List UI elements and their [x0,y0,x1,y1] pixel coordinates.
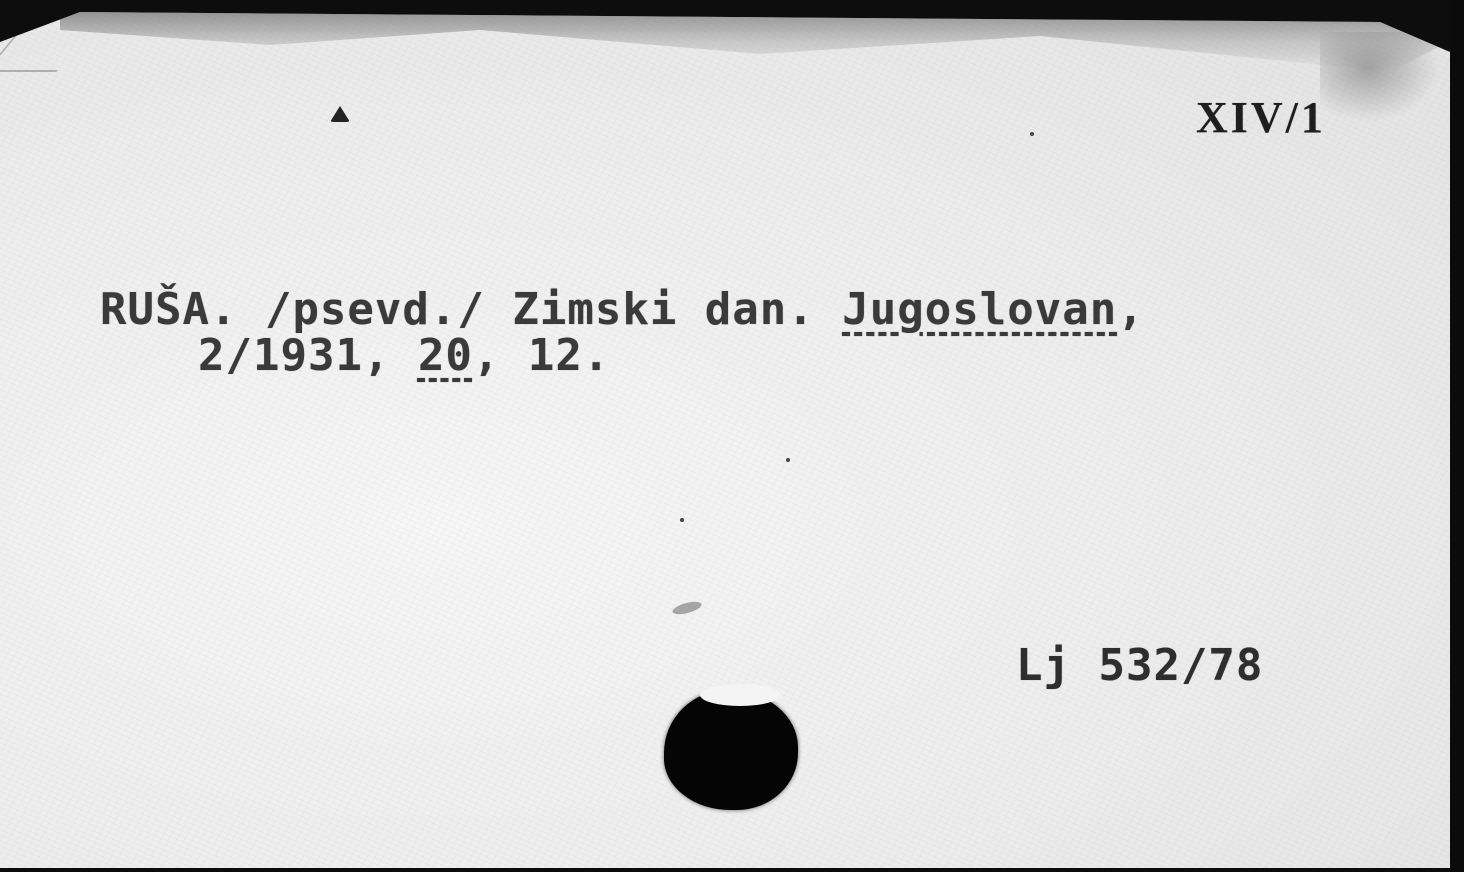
pseudonym-note: /psevd./ [265,284,485,335]
source-publication: Jugoslovan [842,284,1117,335]
issue-number: 20 [418,330,473,381]
folded-corner-crease [0,30,92,72]
water-stain-corner [1320,32,1440,122]
ink-speck [786,458,790,462]
bibliographic-entry-line-2: 2/1931, 20, 12. [198,330,610,381]
bibliographic-entry-line-1: RUŠA. /psevd./ Zimski dan. Jugoslovan, [100,284,1145,335]
inventory-number: Lj 532/78 [1016,640,1263,691]
punch-hole-tear [700,684,780,706]
page-number: 12. [528,330,610,381]
author-name: RUŠA. [100,284,237,335]
ink-speck [1030,132,1034,136]
card-punch-hole [664,690,798,810]
punctuation: , [1117,284,1145,335]
scan-border-right [1450,0,1464,872]
scanned-catalog-card: XIV/1 RUŠA. /psevd./ Zimski dan. Jugoslo… [0,0,1464,872]
issue-year: 2/1931, [198,330,390,381]
article-title: Zimski dan. [512,284,814,335]
water-stain-top [60,12,1460,72]
scan-border-bottom [0,868,1464,872]
punctuation: , [473,330,501,381]
call-number: XIV/1 [1196,92,1326,143]
ink-speck [680,518,684,522]
